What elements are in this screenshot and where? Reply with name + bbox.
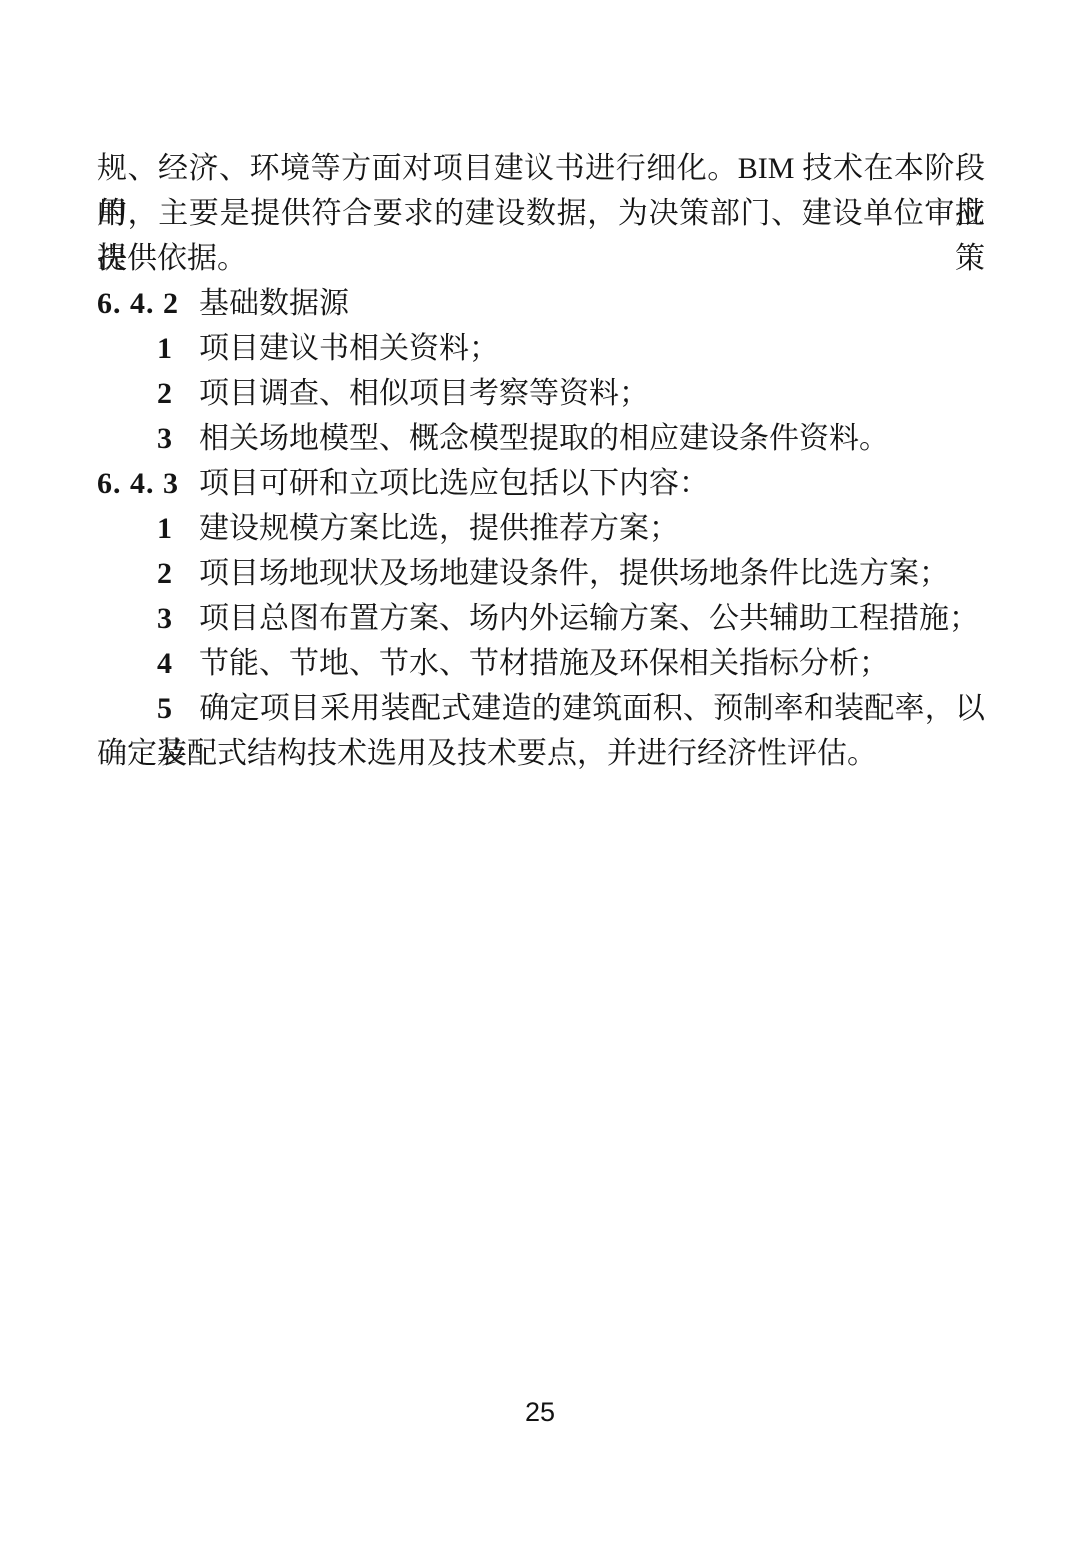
list-item-number: 1 (157, 326, 199, 371)
list-item-number: 2 (157, 371, 199, 416)
intro-paragraph-line-2: 用，主要是提供符合要求的建设数据，为决策部门、建设单位审批决策 (97, 191, 985, 236)
section-title: 基础数据源 (199, 287, 349, 320)
section-heading-6-4-2: 6. 4. 2基础数据源 (97, 281, 985, 326)
list-item-text: 节能、节地、节水、节材措施及环保相关指标分析； (199, 647, 889, 680)
list-item-text: 项目场地现状及场地建设条件，提供场地条件比选方案； (199, 557, 949, 590)
list-item: 1项目建议书相关资料； (97, 326, 985, 371)
list-item: 5确定项目采用装配式建造的建筑面积、预制率和装配率，以及 (97, 686, 985, 731)
list-item: 4节能、节地、节水、节材措施及环保相关指标分析； (97, 641, 985, 686)
list-item: 2项目场地现状及场地建设条件，提供场地条件比选方案； (97, 551, 985, 596)
list-item: 2项目调查、相似项目考察等资料； (97, 371, 985, 416)
list-item-number: 1 (157, 506, 199, 551)
list-item-number: 3 (157, 416, 199, 461)
page-number: 25 (0, 1396, 1080, 1428)
list-item-number: 3 (157, 596, 199, 641)
list-item-text: 项目总图布置方案、场内外运输方案、公共辅助工程措施； (199, 602, 979, 635)
list-item-text: 相关场地模型、概念模型提取的相应建设条件资料。 (199, 422, 889, 455)
section-heading-6-4-3: 6. 4. 3项目可研和立项比选应包括以下内容： (97, 461, 985, 506)
list-item-number: 5 (157, 686, 199, 731)
intro-paragraph-line-1: 规、经济、环境等方面对项目建议书进行细化。BIM 技术在本阶段的应 (97, 146, 985, 191)
list-item-number: 2 (157, 551, 199, 596)
document-content: 规、经济、环境等方面对项目建议书进行细化。BIM 技术在本阶段的应 用，主要是提… (97, 146, 985, 776)
section-number: 6. 4. 3 (97, 461, 199, 506)
list-item-text: 建设规模方案比选，提供推荐方案； (199, 512, 679, 545)
document-page: 规、经济、环境等方面对项目建议书进行细化。BIM 技术在本阶段的应 用，主要是提… (0, 0, 1080, 1565)
section-title: 项目可研和立项比选应包括以下内容： (199, 467, 709, 500)
list-item-text: 项目调查、相似项目考察等资料； (199, 377, 649, 410)
list-item: 1建设规模方案比选，提供推荐方案； (97, 506, 985, 551)
list-item-text: 项目建议书相关资料； (199, 332, 499, 365)
list-item: 3相关场地模型、概念模型提取的相应建设条件资料。 (97, 416, 985, 461)
list-item: 3项目总图布置方案、场内外运输方案、公共辅助工程措施； (97, 596, 985, 641)
list-item-number: 4 (157, 641, 199, 686)
section-number: 6. 4. 2 (97, 281, 199, 326)
list-item-continuation: 确定装配式结构技术选用及技术要点，并进行经济性评估。 (97, 731, 985, 776)
